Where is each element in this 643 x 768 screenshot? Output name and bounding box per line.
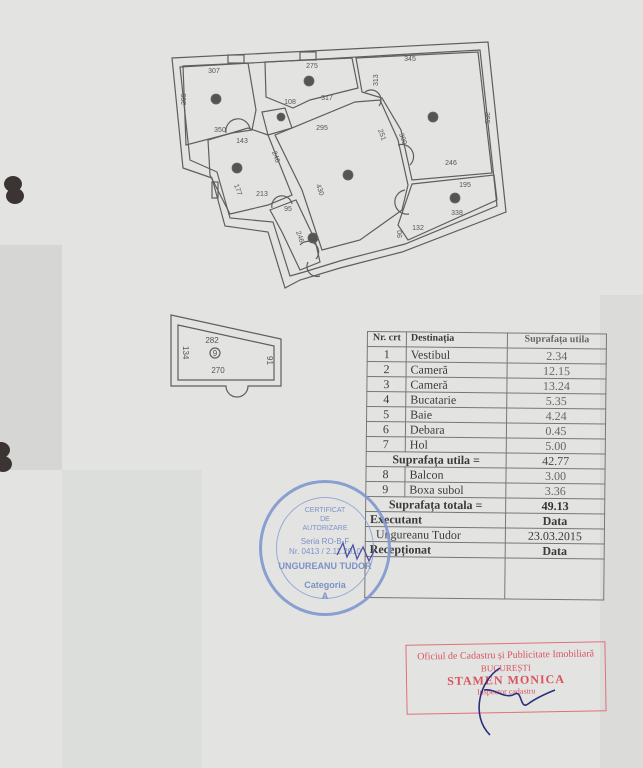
stamp-category-label: Categoria <box>262 580 388 590</box>
dimension-label: 143 <box>236 138 248 145</box>
executant-date-label: Data <box>505 513 604 529</box>
dimension-label: 177 <box>232 183 243 196</box>
dimension-label: 108 <box>284 99 296 106</box>
total-area-row: Suprafața totala = 49.13 <box>366 496 605 514</box>
receptionat-date-label: Data <box>505 543 604 559</box>
receptionat-date-cell <box>505 558 604 600</box>
row-nr: 6 <box>366 422 405 437</box>
dimension-label: 338 <box>451 210 463 217</box>
room-label-1: 1 <box>311 234 316 243</box>
row-destination: Boxa subol <box>405 482 506 498</box>
dimension-label: 307 <box>208 68 220 75</box>
executant-signature <box>335 535 385 575</box>
executant-header-row: Executant Data <box>365 511 604 529</box>
row-destination: Balcon <box>405 467 506 483</box>
dimension-label: 246 <box>270 150 281 163</box>
stamp-line-certificat: CERTIFICAT <box>262 507 388 514</box>
dimension-label: 350 <box>214 127 226 134</box>
room-label-9: 9 <box>213 349 218 358</box>
area-table: Nr. crt Destinația Suprafața utila 1 Ves… <box>364 331 607 600</box>
room-label-3: 3 <box>431 113 436 122</box>
useful-area-label: Suprafața utila = <box>366 451 506 467</box>
row-destination: Cameră <box>406 362 507 378</box>
row-area: 4.24 <box>507 408 606 424</box>
row-destination: Bucatarie <box>406 392 507 408</box>
row-area: 3.36 <box>506 483 605 499</box>
row-nr: 9 <box>366 481 405 496</box>
dimension-label: 251 <box>376 128 387 141</box>
useful-area-value: 42.77 <box>506 453 605 469</box>
dimension-label: 295 <box>316 125 328 132</box>
annex-dim-top: 282 <box>205 336 219 345</box>
row-destination: Vestibul <box>406 347 507 363</box>
annex-dim-bottom: 270 <box>211 366 225 375</box>
row-nr: 3 <box>367 377 406 392</box>
useful-area-total-row: Suprafața utila = 42.77 <box>366 451 605 469</box>
row-nr: 8 <box>366 466 405 481</box>
room-label-4: 4 <box>214 95 219 104</box>
dimension-label: 95 <box>284 206 292 213</box>
row-nr: 1 <box>367 347 406 362</box>
executant-date: 23.03.2015 <box>505 528 604 544</box>
row-nr: 4 <box>367 392 406 407</box>
receptionat-signature-row <box>365 556 604 600</box>
dimension-label: 317 <box>321 95 333 102</box>
room-label-2: 2 <box>346 171 351 180</box>
dimension-label: 295 <box>181 93 188 105</box>
stamp-line-autorizare: AUTORIZARE <box>262 525 388 532</box>
dimension-label: 213 <box>256 191 268 198</box>
header-area: Suprafața utila <box>507 333 606 349</box>
row-nr: 5 <box>367 407 406 422</box>
row-area: 13.24 <box>507 378 606 394</box>
room-label-5: 5 <box>307 77 312 86</box>
row-destination: Hol <box>405 437 506 453</box>
row-area: 0.45 <box>506 423 605 439</box>
dimension-label: 345 <box>404 56 416 63</box>
stamp-line-de: DE <box>262 516 388 523</box>
dimension-label: 195 <box>459 182 471 189</box>
dimension-label: 246 <box>445 160 457 167</box>
room-label-7: 7 <box>235 164 240 173</box>
dimension-label: 355 <box>483 112 490 124</box>
dimension-label: 313 <box>373 74 380 86</box>
dimension-label: 275 <box>306 63 318 70</box>
header-destination: Destinația <box>406 332 507 348</box>
row-area: 2.34 <box>507 348 606 364</box>
row-nr: 7 <box>366 436 405 451</box>
room-label-8: 8 <box>453 194 458 203</box>
annex-dim-left: 134 <box>181 346 190 360</box>
row-area: 3.00 <box>506 468 605 484</box>
header-nr: Nr. crt <box>367 332 406 347</box>
dimension-label: 246 <box>294 230 305 243</box>
dimension-label: 430 <box>314 183 325 196</box>
annex-dim-right: 91 <box>265 356 274 365</box>
stamp-category: A <box>262 591 388 601</box>
row-area: 5.35 <box>507 393 606 409</box>
inspector-signature <box>470 660 560 740</box>
total-area-value: 49.13 <box>506 498 605 514</box>
row-area: 5.00 <box>506 438 605 454</box>
row-nr: 2 <box>367 362 406 377</box>
dimension-label: 90 <box>397 230 404 238</box>
receptionat-header-row: Recepționat Data <box>365 541 604 559</box>
executant-row: Ungureanu Tudor 23.03.2015 <box>365 526 604 544</box>
row-destination: Baie <box>406 407 507 423</box>
row-area: 12.15 <box>507 363 606 379</box>
row-destination: Debara <box>405 422 506 438</box>
row-destination: Cameră <box>406 377 507 393</box>
dimension-label: 132 <box>412 225 424 232</box>
